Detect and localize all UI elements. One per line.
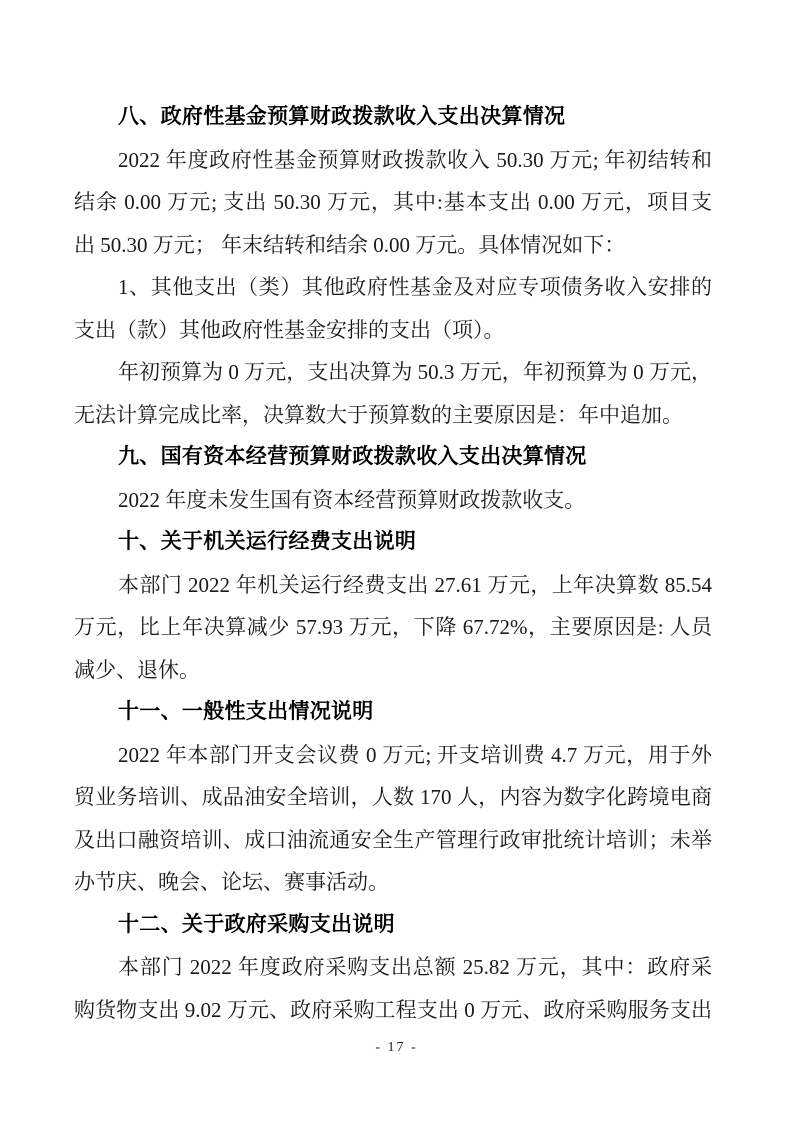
paragraph-line: 2022 年本部门开支会议费 0 万元; 开支培训费 4.7 万元，用于外	[74, 734, 712, 777]
paragraph-line: 结余 0.00 万元; 支出 50.30 万元，其中:基本支出 0.00 万元，…	[74, 181, 712, 224]
paragraph-line: 及出口融资培训、成口油流通安全生产管理行政审批统计培训；未举	[74, 819, 712, 862]
section-heading-4: 九、国有资本经营预算财政拨款收入支出决算情况	[74, 436, 712, 479]
paragraph-line: 本部门 2022 年机关运行经费支出 27.61 万元，上年决算数 85.54	[74, 564, 712, 607]
paragraph-line: 办节庆、晚会、论坛、赛事活动。	[74, 861, 712, 904]
page-footer: - 17 -	[0, 1034, 793, 1062]
section-heading-8: 十一、一般性支出情况说明	[74, 691, 712, 734]
paragraph-line: 1、其他支出（类）其他政府性基金及对应专项债务收入安排的	[74, 266, 712, 309]
paragraph-line: 贸业务培训、成品油安全培训，人数 170 人，内容为数字化跨境电商	[74, 776, 712, 819]
section-heading-10: 十二、关于政府采购支出说明	[74, 904, 712, 947]
paragraph-line: 购货物支出 9.02 万元、政府采购工程支出 0 万元、政府采购服务支出	[74, 989, 712, 1032]
paragraph-line: 无法计算完成比率，决算数大于预算数的主要原因是：年中追加。	[74, 394, 712, 437]
paragraph-line: 出 50.30 万元； 年末结转和结余 0.00 万元。具体情况如下：	[74, 224, 712, 267]
paragraph-line: 年初预算为 0 万元，支出决算为 50.3 万元，年初预算为 0 万元，	[74, 351, 712, 394]
paragraph-line: 2022 年度政府性基金预算财政拨款收入 50.30 万元; 年初结转和	[74, 139, 712, 182]
paragraph-line: 万元，比上年决算减少 57.93 万元，下降 67.72%，主要原因是: 人员	[74, 606, 712, 649]
paragraph-line: 本部门 2022 年度政府采购支出总额 25.82 万元，其中：政府采	[74, 946, 712, 989]
section-heading-0: 八、政府性基金预算财政拨款收入支出决算情况	[74, 96, 712, 139]
document-page: 八、政府性基金预算财政拨款收入支出决算情况2022 年度政府性基金预算财政拨款收…	[0, 0, 793, 1122]
paragraph-line: 减少、退休。	[74, 649, 712, 692]
paragraph-line: 支出（款）其他政府性基金安排的支出（项）。	[74, 309, 712, 352]
document-content: 八、政府性基金预算财政拨款收入支出决算情况2022 年度政府性基金预算财政拨款收…	[74, 96, 712, 1031]
section-heading-6: 十、关于机关运行经费支出说明	[74, 521, 712, 564]
page-number: - 17 -	[375, 1040, 417, 1055]
paragraph-line: 2022 年度未发生国有资本经营预算财政拨款收支。	[74, 479, 712, 522]
